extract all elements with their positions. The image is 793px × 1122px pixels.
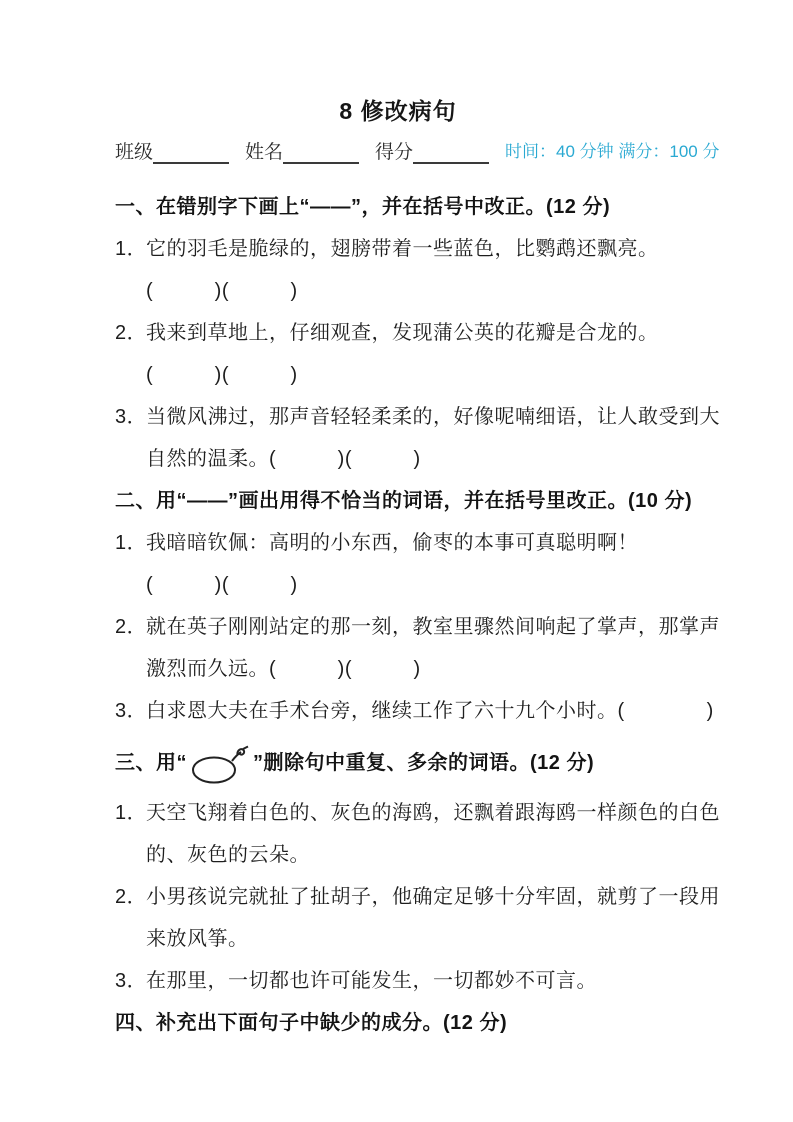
- class-label: 班级: [115, 137, 153, 164]
- item-text: 在那里，一切都也许可能发生，一切都妙不可言。: [146, 970, 597, 992]
- worksheet-content: 8 修改病句 班级 姓名 得分 时间：40 分钟 满分：100 分 一、在错别字…: [115, 96, 681, 1044]
- question-item: 2．就在英子刚刚站定的那一刻，教室里骤然间响起了掌声，那掌声 激烈而久远。( )…: [115, 606, 681, 690]
- item-text: 天空飞翔着白色的、灰色的海鸥，还飘着跟海鸥一样颜色的白色: [146, 802, 720, 824]
- class-blank-line: [153, 146, 229, 164]
- question-item: 1．它的羽毛是脆绿的，翅膀带着一些蓝色，比鹦鹉还飘亮。: [115, 228, 681, 270]
- question-item: 1．天空飞翔着白色的、灰色的海鸥，还飘着跟海鸥一样颜色的白色 的、灰色的云朵。: [115, 792, 681, 876]
- section-2-heading: 二、用“——”画出用得不恰当的词语，并在括号里改正。(10 分): [115, 480, 681, 522]
- page-title: 8 修改病句: [115, 96, 681, 126]
- question-item: 3．白求恩大夫在手术台旁，继续工作了六十九个小时。( ): [115, 690, 681, 732]
- header-meta-row: 班级 姓名 得分 时间：40 分钟 满分：100 分: [115, 138, 681, 164]
- answer-parens: ( )( ): [115, 270, 681, 312]
- name-label: 姓名: [245, 137, 283, 164]
- item-number: 3．: [115, 690, 146, 732]
- section-4-heading: 四、补充出下面句子中缺少的成分。(12 分): [115, 1002, 681, 1044]
- item-text: 它的羽毛是脆绿的，翅膀带着一些蓝色，比鹦鹉还飘亮。: [146, 238, 659, 260]
- question-item: 3．在那里，一切都也许可能发生，一切都妙不可言。: [115, 960, 681, 1002]
- item-number: 1．: [115, 792, 146, 834]
- score-field: 得分: [375, 137, 489, 164]
- item-text: 我来到草地上，仔细观查，发现蒲公英的花瓣是合龙的。: [146, 322, 659, 344]
- section-1-heading: 一、在错别字下画上“——”，并在括号中改正。(12 分): [115, 186, 681, 228]
- answer-parens: ( )( ): [115, 564, 681, 606]
- question-item: 1．我暗暗钦佩：高明的小东西，偷枣的本事可真聪明啊！: [115, 522, 681, 564]
- name-field: 姓名: [245, 137, 359, 164]
- worksheet-page: 8 修改病句 班级 姓名 得分 时间：40 分钟 满分：100 分 一、在错别字…: [0, 0, 793, 1122]
- item-text: 当微风沸过，那声音轻轻柔柔的，好像呢喃细语，让人敢受到大: [146, 406, 720, 428]
- section-3-heading: 三、用“ ”删除句中重复、多余的词语。(12 分): [115, 734, 681, 792]
- question-item: 2．小男孩说完就扯了扯胡子，他确定足够十分牢固，就剪了一段用 来放风筝。: [115, 876, 681, 960]
- item-text: 白求恩大夫在手术台旁，继续工作了六十九个小时。( ): [146, 700, 714, 722]
- item-number: 1．: [115, 522, 146, 564]
- deletion-mark-icon: [191, 740, 249, 786]
- item-number: 2．: [115, 606, 146, 648]
- time-score-info: 时间：40 分钟 满分：100 分: [505, 140, 719, 164]
- item-number: 3．: [115, 396, 146, 438]
- item-text: 我暗暗钦佩：高明的小东西，偷枣的本事可真聪明啊！: [146, 532, 638, 554]
- answer-parens: ( )( ): [115, 354, 681, 396]
- section-3-heading-suffix: ”删除句中重复、多余的词语。(12 分): [253, 734, 594, 792]
- item-text-continuation: 自然的温柔。( )( ): [115, 438, 681, 480]
- score-blank-line: [413, 146, 489, 164]
- score-label: 得分: [375, 137, 413, 164]
- item-number: 2．: [115, 312, 146, 354]
- name-blank-line: [283, 146, 359, 164]
- question-item: 2．我来到草地上，仔细观查，发现蒲公英的花瓣是合龙的。: [115, 312, 681, 354]
- item-text-continuation: 激烈而久远。( )( ): [115, 648, 681, 690]
- item-number: 2．: [115, 876, 146, 918]
- item-text: 小男孩说完就扯了扯胡子，他确定足够十分牢固，就剪了一段用: [146, 886, 720, 908]
- item-text-continuation: 的、灰色的云朵。: [115, 834, 681, 876]
- item-text-continuation: 来放风筝。: [115, 918, 681, 960]
- class-field: 班级: [115, 137, 229, 164]
- question-item: 3．当微风沸过，那声音轻轻柔柔的，好像呢喃细语，让人敢受到大 自然的温柔。( )…: [115, 396, 681, 480]
- item-text: 就在英子刚刚站定的那一刻，教室里骤然间响起了掌声，那掌声: [146, 616, 720, 638]
- item-number: 3．: [115, 960, 146, 1002]
- item-number: 1．: [115, 228, 146, 270]
- section-3-heading-prefix: 三、用“: [115, 734, 187, 792]
